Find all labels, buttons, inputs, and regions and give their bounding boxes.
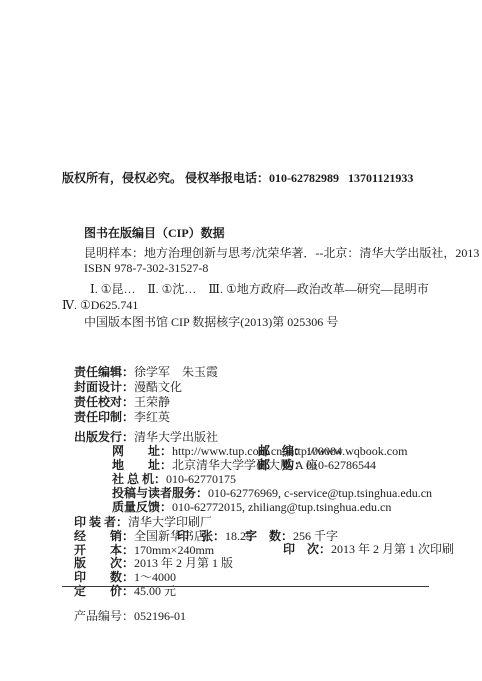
- mailorder-label: 邮 购：: [258, 458, 306, 472]
- impression-group: 印 次：2013 年 2 月第 1 次印刷: [283, 543, 454, 557]
- wordcount-label: 字 数：: [245, 529, 293, 543]
- cip-title-line: 昆明样本：地方治理创新与思考/沈荣华著．--北京：清华大学出版社，2013: [84, 247, 479, 261]
- cip-classification-line-2: Ⅳ. ①D625.741: [62, 299, 138, 313]
- sheets-label: 印 张：: [177, 529, 225, 543]
- copyright-notice: 版权所有，侵权必究。 侵权举报电话：010-62782989 137011219…: [62, 172, 413, 186]
- cip-classification-line-1: Ⅰ. ①昆… Ⅱ. ①沈… Ⅲ. ①地方政府—政治改革—研究—昆明市: [90, 283, 429, 297]
- footer-divider: [62, 586, 429, 587]
- product-number-row: 产品编号：052196-01: [62, 596, 186, 637]
- cip-isbn-line: ISBN 978-7-302-31527-8: [84, 262, 208, 276]
- impression-value: 2013 年 2 月第 1 次印刷: [331, 542, 454, 556]
- product-number-label: 产品编号：: [74, 609, 134, 623]
- copyright-page: 版权所有，侵权必究。 侵权举报电话：010-62782989 137011219…: [0, 0, 482, 681]
- mailorder-value: 010-62786544: [306, 458, 376, 472]
- cip-record-line: 中国版本图书馆 CIP 数据核字(2013)第 025306 号: [84, 316, 338, 330]
- product-number-value: 052196-01: [134, 609, 186, 623]
- postcode-value: 100084: [306, 444, 342, 458]
- impression-label: 印 次：: [283, 542, 331, 556]
- wordcount-value: 256 千字: [293, 529, 338, 543]
- cip-header: 图书在版编目（CIP）数据: [84, 227, 225, 241]
- postcode-group: 邮 编：100084: [258, 445, 342, 459]
- postcode-label: 邮 编：: [258, 444, 306, 458]
- sheets-group: 印 张：18.25: [177, 530, 252, 544]
- mailorder-group: 邮 购：010-62786544: [258, 459, 376, 473]
